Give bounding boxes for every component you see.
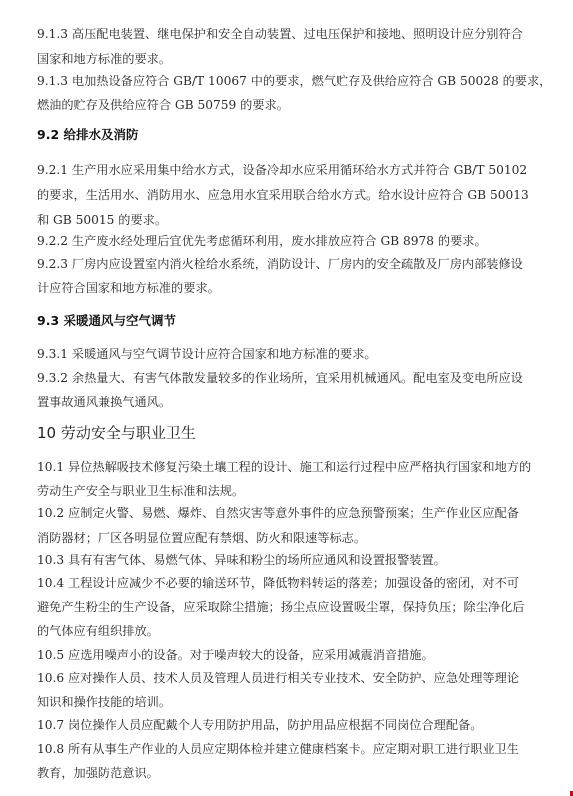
section-heading: 10 劳动安全与职业卫生 <box>37 423 196 443</box>
paragraph-line: 国家和地方标准的要求。 <box>37 51 171 67</box>
paragraph-line: 10.2 应制定火警、易燃、爆炸、自然灾害等意外事件的应急预警预案；生产作业区应… <box>37 505 519 521</box>
paragraph-line: 燃油的贮存及供给应符合 GB 50759 的要求。 <box>37 97 289 113</box>
paragraph-line: 计应符合国家和地方标准的要求。 <box>37 280 220 296</box>
paragraph-line: 10.5 应选用噪声小的设备。对于噪声较大的设备，应采用减震消音措施。 <box>37 647 434 663</box>
paragraph-line: 消防器材；厂区各明显位置应配有禁烟、防火和限速等标志。 <box>37 530 366 546</box>
paragraph-line: 劳动生产安全与职业卫生标准和法规。 <box>37 483 244 499</box>
section-heading: 9.2 给排水及消防 <box>37 127 139 143</box>
paragraph-line: 9.3.1 采暖通风与空气调节设计应符合国家和地方标准的要求。 <box>37 346 377 362</box>
paragraph-line: 知识和操作技能的培训。 <box>37 694 171 710</box>
paragraph-line: 10.6 应对操作人员、技术人员及管理人员进行相关专业技术、安全防护、应急处理等… <box>37 670 519 686</box>
paragraph-line: 的气体应有组织排放。 <box>37 623 159 639</box>
paragraph-line: 置事故通风兼换气通风。 <box>37 394 171 410</box>
paragraph-line: 避免产生粉尘的生产设备，应采取除尘措施；扬尘点应设置吸尘罩，保持负压；除尘净化后 <box>37 599 525 615</box>
paragraph-line: 10.3 具有有害气体、易燃气体、异味和粉尘的场所应通风和设置报警装置。 <box>37 552 446 568</box>
paragraph-line: 9.2.2 生产废水经处理后宜优先考虑循环利用，废水排放应符合 GB 8978 … <box>37 233 487 249</box>
paragraph-line: 9.2.1 生产用水应采用集中给水方式，设备冷却水应采用循环给水方式并符合 GB… <box>37 162 527 178</box>
paragraph-line: 9.3.2 余热量大、有害气体散发量较多的作业场所，宜采用机械通风。配电室及变电… <box>37 370 523 386</box>
paragraph-line: 教育，加强防范意识。 <box>37 765 159 781</box>
paragraph-line: 10.1 异位热解吸技术修复污染土壤工程的设计、施工和运行过程中应严格执行国家和… <box>37 459 531 475</box>
section-heading: 9.3 采暖通风与空气调节 <box>37 313 176 329</box>
paragraph-line: 9.1.3 高压配电装置、继电保护和安全自动装置、过电压保护和接地、照明设计应分… <box>37 26 523 42</box>
paragraph-line: 的要求，生活用水、消防用水、应急用水宜采用联合给水方式。给水设计应符合 GB 5… <box>37 187 529 203</box>
paragraph-line: 10.8 所有从事生产作业的人员应定期体检并建立健康档案卡。应定期对职工进行职业… <box>37 741 519 757</box>
paragraph-line: 9.2.3 厂房内应设置室内消火栓给水系统，消防设计、厂房内的安全疏散及厂房内部… <box>37 256 523 272</box>
paragraph-line: 9.1.3 电加热设备应符合 GB/T 10067 中的要求，燃气贮存及供给应符… <box>37 73 551 89</box>
paragraph-line: 10.7 岗位操作人员应配戴个人专用防护用品，防护用品应根据不同岗位合理配备。 <box>37 717 482 733</box>
paragraph-line: 10.4 工程设计应减少不必要的输送环节，降低物料转运的落差；加强设备的密闭，对… <box>37 575 519 591</box>
paragraph-line: 和 GB 50015 的要求。 <box>37 212 167 228</box>
